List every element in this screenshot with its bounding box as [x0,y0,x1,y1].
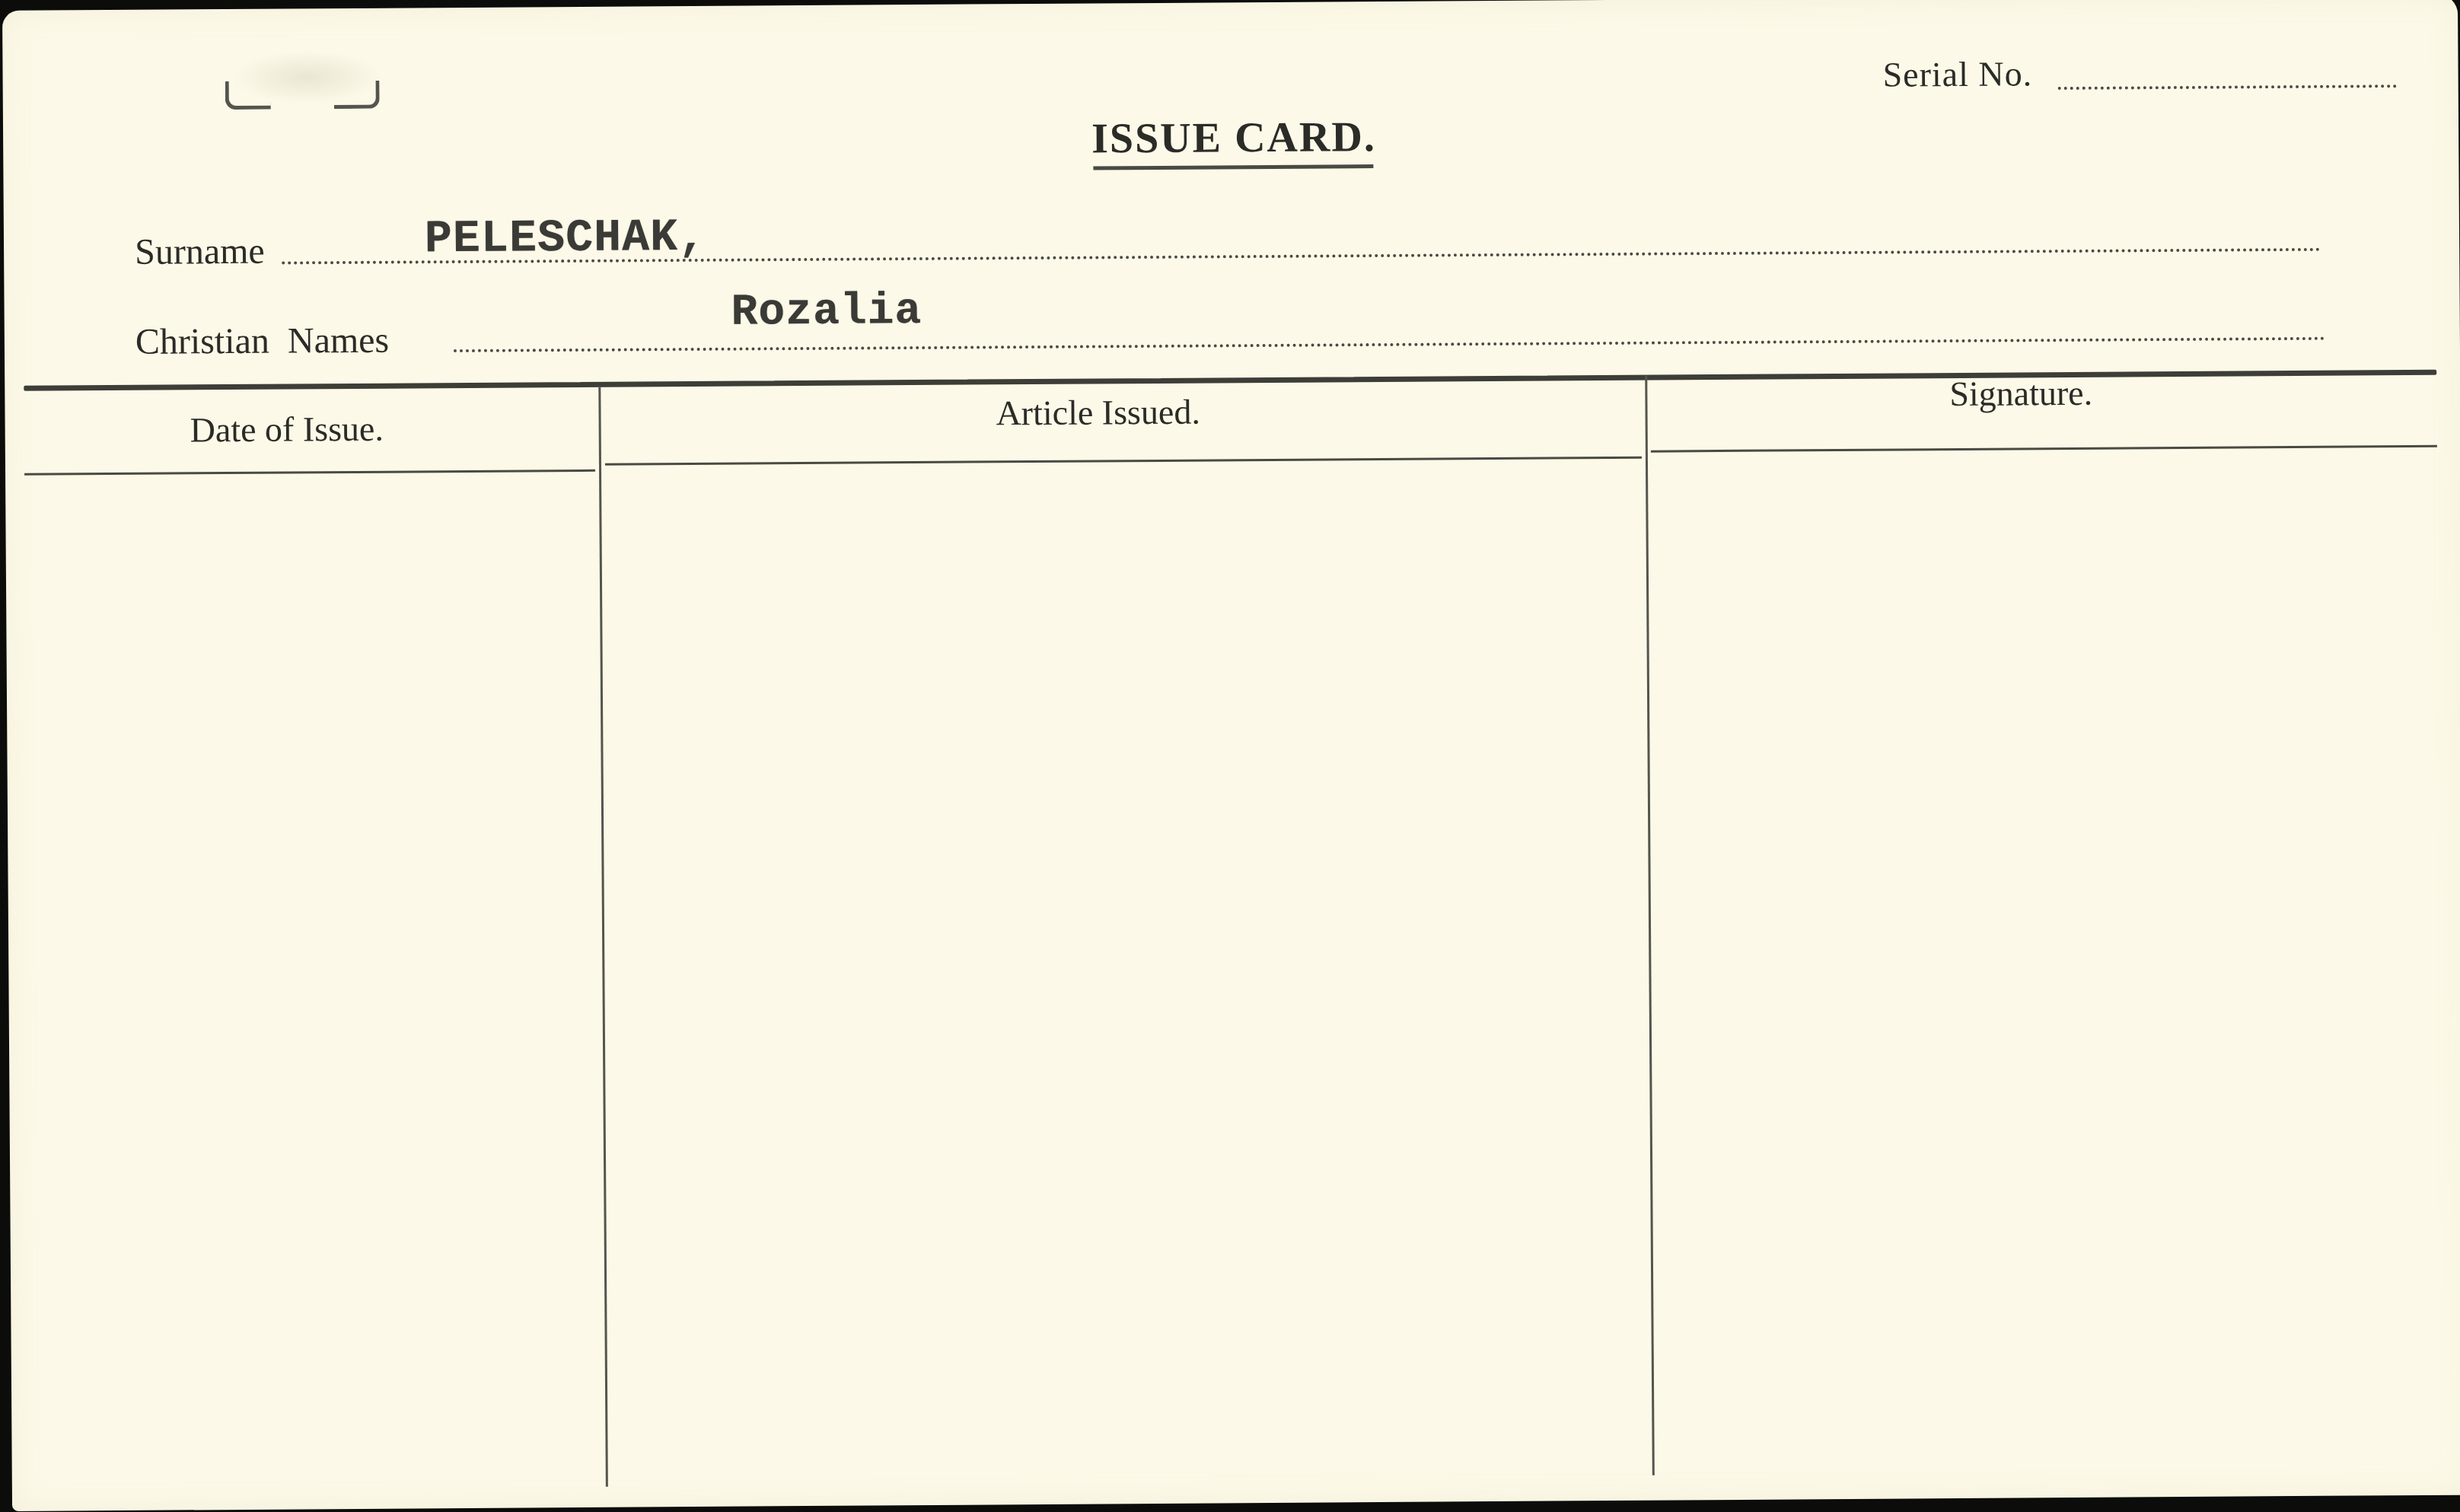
title-underline [1093,164,1373,170]
surname-label: Surname [135,234,265,271]
issue-card: Serial No. ISSUE CARD. Surname PELESCHAK… [2,0,2460,1511]
staple-right-icon [334,81,380,109]
page-title: ISSUE CARD. [1091,116,1376,160]
christian-names-field[interactable] [454,337,2326,352]
column-header-date: Date of Issue. [190,412,384,448]
column-header-signature: Signature. [1949,376,2092,412]
serial-label: Serial No. [1882,56,2032,92]
article-column-body[interactable] [604,463,1650,1482]
christian-names-label: Christian Names [135,323,390,361]
surname-value: PELESCHAK, [425,215,706,263]
serial-field[interactable] [2058,84,2397,90]
staple-left-icon [225,81,271,110]
date-column-body[interactable] [24,475,604,1491]
christian-names-value: Rozalia [731,290,922,336]
signature-column-body[interactable] [1649,451,2444,1469]
column-header-article: Article Issued. [996,395,1200,431]
